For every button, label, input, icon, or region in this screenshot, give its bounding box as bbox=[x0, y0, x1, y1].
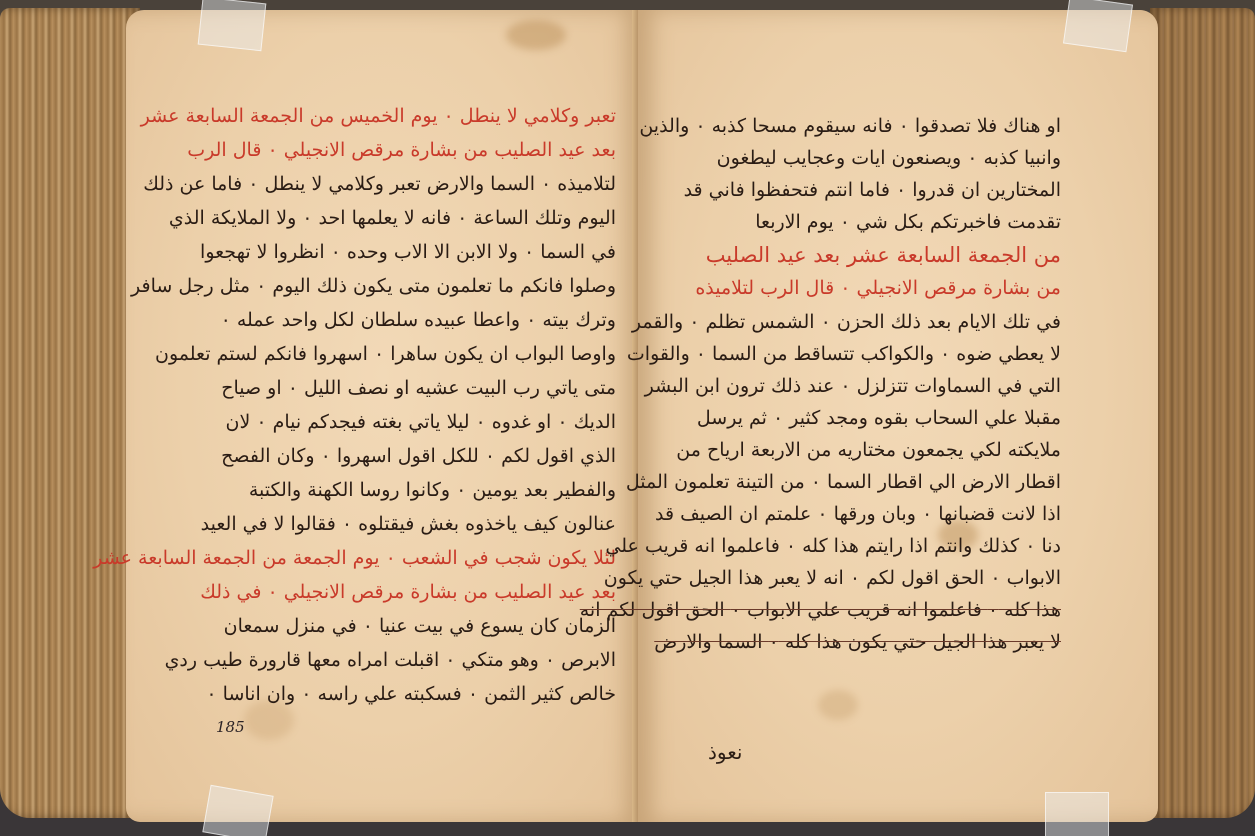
text-line: لا يعطي ضوه ٠ والكواكب تتساقط من السما ٠… bbox=[627, 343, 1061, 365]
text-line-rubric: لئلا يكون شجب في الشعب ٠ يوم الجمعة من ا… bbox=[93, 547, 616, 569]
text-line-rubric: من بشارة مرقص الانجيلي ٠ قال الرب لتلامي… bbox=[695, 277, 1061, 299]
text-line: اقطار الارض الي اقطار السما ٠ من التينة … bbox=[626, 471, 1061, 493]
text-line: مقبلا علي السحاب بقوه ومجد كثير ٠ ثم يرس… bbox=[697, 407, 1061, 429]
text-line-rubric: من الجمعة السابعة عشر بعد عيد الصليب bbox=[706, 243, 1061, 267]
manuscript-photo: تعبر وكلامي لا ينطل ٠ يوم الخميس من الجم… bbox=[0, 0, 1255, 836]
text-line: متى ياتي رب البيت عشيه او نصف الليل ٠ او… bbox=[221, 377, 616, 399]
text-line: في تلك الايام بعد ذلك الحزن ٠ الشمس تظلم… bbox=[632, 311, 1061, 333]
text-line: وترك بيته ٠ واعطا عبيده سلطان لكل واحد ع… bbox=[221, 309, 616, 331]
catchword: نعوذ bbox=[708, 740, 742, 764]
text-line: الابواب ٠ الحق اقول لكم ٠ انه لا يعبر هذ… bbox=[604, 567, 1061, 589]
text-line-struck: لا يعبر هذا الجيل حتي يكون هذا كله ٠ الس… bbox=[654, 631, 1061, 653]
right-text-block: او هناك فلا تصدقوا ٠ فانه سيقوم مسحا كذب… bbox=[666, 115, 1061, 715]
text-line: او هناك فلا تصدقوا ٠ فانه سيقوم مسحا كذب… bbox=[639, 115, 1061, 137]
text-line: المختارين ان قدروا ٠ فاما انتم فتحفظوا ف… bbox=[684, 179, 1061, 201]
text-line: التي في السماوات تتزلزل ٠ عند ذلك ترون ا… bbox=[645, 375, 1061, 397]
text-line: ملايكته لكي يجمعون مختاريه من الاربعة ار… bbox=[676, 439, 1061, 461]
text-line-rubric: بعد عيد الصليب من بشارة مرقص الانجيلي ٠ … bbox=[200, 581, 616, 603]
text-line: في السما ٠ ولا الابن الا الاب وحده ٠ انظ… bbox=[200, 241, 616, 263]
text-line: اليوم وتلك الساعة ٠ فانه لا يعلمها احد ٠… bbox=[169, 207, 616, 229]
tape-strip bbox=[1045, 792, 1109, 836]
text-line: الزمان كان يسوع في بيت عنيا ٠ في منزل سم… bbox=[224, 615, 616, 637]
text-line: واوصا البواب ان يكون ساهرا ٠ اسهروا فانك… bbox=[155, 343, 616, 365]
text-line-rubric: بعد عيد الصليب من بشارة مرقص الانجيلي ٠ … bbox=[187, 139, 616, 161]
text-line: تقدمت فاخبرتكم بكل شي ٠ يوم الاربعا bbox=[755, 211, 1061, 233]
right-page-edges bbox=[1150, 8, 1255, 818]
text-line-rubric: تعبر وكلامي لا ينطل ٠ يوم الخميس من الجم… bbox=[141, 105, 616, 127]
text-line: اذا لانت قضبانها ٠ وبان ورقها ٠ علمتم ان… bbox=[655, 503, 1061, 525]
text-line-struck: هذا كله ٠ فاعلموا انه قريب علي الابواب ٠… bbox=[580, 599, 1061, 621]
text-line: الديك ٠ او غدوه ٠ ليلا ياتي بغته فيجدكم … bbox=[225, 411, 616, 433]
text-line: والفطير بعد يومين ٠ وكانوا روسا الكهنة و… bbox=[249, 479, 616, 501]
text-line: وصلوا فانكم ما تعلمون متى يكون ذلك اليوم… bbox=[131, 275, 616, 297]
text-line: لتلاميذه ٠ السما والارض تعبر وكلامي لا ي… bbox=[143, 173, 616, 195]
text-line: عنالون كيف ياخذوه بغش فيقتلوه ٠ فقالوا ل… bbox=[201, 513, 616, 535]
text-line: الابرص ٠ وهو متكي ٠ اقبلت امراه معها قار… bbox=[165, 649, 616, 671]
text-line: خالص كثير الثمن ٠ فسكبته علي راسه ٠ وان … bbox=[206, 683, 616, 705]
tape-strip bbox=[198, 0, 267, 51]
folio-number: 185 bbox=[216, 718, 245, 736]
text-line: دنا ٠ كذلك وانتم اذا رايتم هذا كله ٠ فاع… bbox=[605, 535, 1061, 557]
stain bbox=[506, 20, 566, 50]
left-page: تعبر وكلامي لا ينطل ٠ يوم الخميس من الجم… bbox=[126, 10, 640, 822]
right-page: او هناك فلا تصدقوا ٠ فانه سيقوم مسحا كذب… bbox=[638, 10, 1158, 822]
left-text-block: تعبر وكلامي لا ينطل ٠ يوم الخميس من الجم… bbox=[226, 105, 616, 745]
left-page-edges bbox=[0, 8, 140, 818]
text-line: الذي اقول لكم ٠ للكل اقول اسهروا ٠ وكان … bbox=[221, 445, 616, 467]
text-line: وانبيا كذبه ٠ ويصنعون ايات وعجايب ليطغون bbox=[717, 147, 1061, 169]
tape-strip bbox=[1063, 0, 1133, 52]
